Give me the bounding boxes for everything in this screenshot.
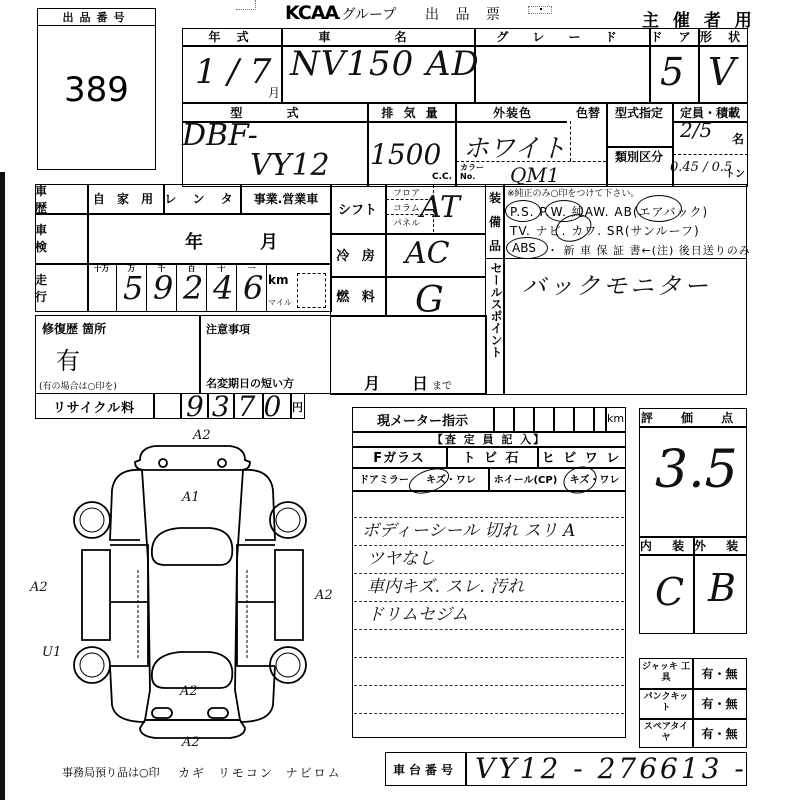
inspection-month-unit: 月 bbox=[260, 228, 278, 254]
damage-mark-trunk: A2 bbox=[180, 684, 198, 699]
exterior-color-value: ホワイト bbox=[463, 128, 566, 165]
year-label: 年 式 bbox=[182, 28, 281, 45]
capacity-persons-unit: 名 bbox=[732, 130, 744, 147]
repair-label: 修復歴 箇所 bbox=[42, 320, 106, 337]
color-change-label: 色替 bbox=[570, 103, 606, 121]
exterior-label: 外 装 bbox=[693, 536, 747, 554]
recycle-unit: 円 bbox=[292, 399, 303, 415]
scan-edge bbox=[0, 172, 5, 800]
category-label: 類別区分 bbox=[606, 147, 672, 165]
sales-point-value: バックモニター bbox=[522, 266, 711, 301]
lot-number: 389 bbox=[38, 70, 155, 110]
name-change-until: まで bbox=[432, 377, 452, 392]
mileage-digit-header: 十万 bbox=[87, 263, 116, 274]
fglass-label[interactable]: Fガラス bbox=[352, 446, 446, 467]
shift-label: シフト bbox=[330, 184, 385, 233]
notes-label: 注意事項 bbox=[206, 321, 250, 337]
equipment-note: ※純正のみ○印をつけて下さい。 bbox=[507, 186, 639, 199]
damage-mark-rear-bumper: A2 bbox=[182, 735, 200, 750]
month-suffix: 月 bbox=[268, 84, 280, 101]
capacity-load-unit: トン bbox=[725, 165, 745, 180]
mileage-digit-cell[interactable]: 十万 bbox=[87, 263, 117, 312]
mileage-digit-value: 6 bbox=[243, 269, 263, 307]
meter-unit: km bbox=[607, 412, 624, 425]
wheel-label[interactable]: ホイール(CP) bbox=[488, 467, 563, 490]
meter-label: 現メーター指示 bbox=[352, 407, 493, 431]
mileage-digit-cell[interactable]: 十4 bbox=[207, 263, 237, 312]
mileage-digit-cell[interactable]: 万5 bbox=[117, 263, 147, 312]
name-change-label: 名変期日の短い方 bbox=[206, 375, 294, 391]
name-change-month: 月 bbox=[364, 371, 380, 394]
history-option-commercial[interactable]: 事業.営業車 bbox=[240, 184, 332, 213]
history-label: 車 歴 bbox=[35, 184, 87, 213]
chassis-value: VY12 - 276613 - bbox=[475, 752, 747, 785]
interior-label: 内 装 bbox=[639, 536, 693, 554]
shift-value: AT bbox=[420, 190, 460, 225]
accessory-label: スペアタイヤ bbox=[640, 718, 692, 748]
capacity-load: 0.45 / 0.5 bbox=[670, 160, 732, 175]
mileage-unit-mile: マイル bbox=[268, 297, 292, 308]
damage-mark-left-side: A2 bbox=[30, 580, 48, 595]
grade-label: 評 価 点 bbox=[639, 408, 747, 426]
damage-mark-hood: A1 bbox=[182, 490, 200, 505]
circle-ab bbox=[636, 195, 682, 222]
model-value-1: DBF- bbox=[182, 118, 258, 153]
doors-value: 5 bbox=[660, 50, 684, 94]
lot-label: 出品番号 bbox=[38, 9, 155, 26]
brand-suffix: .グループ bbox=[337, 4, 396, 24]
mileage-label: 走 行 bbox=[35, 263, 87, 312]
model-value-2: VY12 bbox=[250, 148, 330, 183]
accessory-value[interactable]: 有・無 bbox=[692, 688, 747, 718]
mileage-unit-box[interactable] bbox=[297, 273, 326, 308]
circle-abs bbox=[506, 237, 548, 259]
diagram-items[interactable]: カギ リモコン ナビロム bbox=[178, 764, 342, 781]
equipment-line-2: TV. ナビ. カワ. SR(サンルーフ) bbox=[510, 222, 700, 239]
mileage-digit-value: 2 bbox=[183, 269, 203, 307]
crack-label[interactable]: ヒ ビ ワ レ bbox=[537, 446, 626, 467]
displacement-unit: C.C. bbox=[432, 172, 452, 182]
name-change-day: 日 bbox=[412, 371, 428, 394]
history-option-private[interactable]: 自 家 用 bbox=[87, 184, 163, 213]
chassis-label: 車台番号 bbox=[385, 752, 465, 786]
repair-value: 有 bbox=[56, 341, 80, 376]
equipment-label: 装備品 bbox=[487, 186, 503, 258]
capacity-persons: 2/5 bbox=[680, 118, 712, 142]
sales-point-label: セールスポイント bbox=[487, 262, 503, 358]
accessory-label: ジャッキ 工具 bbox=[640, 658, 692, 688]
brand-logo: KCAA bbox=[285, 2, 338, 24]
car-name-label: 車 名 bbox=[281, 28, 474, 45]
inspector-remark: 車内キズ. スレ. 汚れ bbox=[367, 572, 524, 597]
type-designation-label: 型式指定 bbox=[606, 103, 672, 121]
grade-label: グ レ ー ド bbox=[474, 28, 649, 45]
mileage-unit-km: km bbox=[268, 273, 288, 287]
shape-value: V bbox=[708, 50, 735, 94]
car-name-value: NV150 AD bbox=[290, 44, 480, 84]
year-value: 1 / 7 bbox=[195, 52, 271, 92]
accessory-value[interactable]: 有・無 bbox=[692, 658, 747, 688]
accessory-label: パンクキット bbox=[640, 688, 692, 718]
remark-line bbox=[354, 685, 624, 686]
repair-note: (有の場合は○印を) bbox=[39, 379, 117, 392]
color-no-label: カラー No. bbox=[460, 163, 486, 181]
form-title: 出 品 票 bbox=[425, 4, 506, 24]
inspector-remark: ツヤなし bbox=[367, 544, 435, 569]
accessory-value[interactable]: 有・無 bbox=[692, 718, 747, 748]
ac-label: 冷 房 bbox=[330, 233, 385, 276]
stamp-box-2 bbox=[528, 6, 552, 14]
circle-ps bbox=[505, 200, 541, 222]
displacement-value: 1500 bbox=[370, 138, 441, 171]
history-option-rental[interactable]: レ ン タ bbox=[163, 184, 240, 213]
mileage-digit-value: 5 bbox=[123, 269, 143, 307]
mileage-digit-cell[interactable]: 千9 bbox=[147, 263, 177, 312]
mileage-digit-cell[interactable]: 百2 bbox=[177, 263, 207, 312]
displacement-label: 排 気 量 bbox=[367, 103, 455, 121]
door-mirror-label[interactable]: ドアミラー bbox=[354, 467, 414, 490]
chip-label[interactable]: ト ビ 石 bbox=[446, 446, 537, 467]
mileage-digit-cell[interactable]: 一6 bbox=[237, 263, 267, 312]
equipment-line-3: ・ 新 車 保 証 書←(注) 後日送りのみ bbox=[547, 242, 751, 258]
inspection-year-unit: 年 bbox=[185, 228, 203, 254]
damage-mark-front-bumper: A2 bbox=[193, 428, 211, 443]
exterior-value: B bbox=[708, 566, 736, 610]
mileage-digit-value: 4 bbox=[213, 269, 233, 307]
damage-mark-right-side: A2 bbox=[315, 588, 333, 603]
shift-option-column[interactable]: コラム bbox=[393, 201, 420, 214]
shift-option-floor[interactable]: フロア bbox=[393, 186, 420, 199]
shape-label: 形 状 bbox=[698, 28, 748, 45]
inspector-title: 【査 定 員 記 入】 bbox=[352, 431, 626, 446]
grade-value: 3.5 bbox=[655, 440, 738, 500]
diagram-footer: 事務局預り品は○印 bbox=[62, 764, 160, 780]
inspector-remark: ドリムセジム bbox=[367, 600, 468, 625]
recycle-label: リサイクル料 bbox=[35, 393, 153, 419]
shift-option-panel[interactable]: パネル bbox=[393, 216, 420, 229]
fuel-label: 燃 料 bbox=[330, 276, 385, 315]
car-diagram[interactable] bbox=[60, 430, 320, 750]
exterior-color-label: 外装色 bbox=[455, 103, 570, 121]
remark-line bbox=[354, 657, 624, 658]
doors-label: ド ア bbox=[649, 28, 698, 45]
grade-value bbox=[476, 47, 647, 101]
remark-line bbox=[354, 629, 624, 630]
interior-value: C bbox=[655, 570, 684, 614]
ac-value: AC bbox=[405, 236, 450, 271]
stamp-box bbox=[236, 0, 256, 10]
lot-box: 出品番号 389 bbox=[37, 8, 156, 170]
mileage-digit-value: 9 bbox=[153, 269, 173, 307]
remark-line bbox=[354, 713, 624, 714]
damage-mark-left-rear: U1 bbox=[42, 645, 61, 660]
inspection-label: 車 検 bbox=[35, 213, 87, 263]
recycle-value: 9370 bbox=[186, 390, 289, 423]
inspector-remark: ボディーシール 切れ スリ A bbox=[362, 516, 575, 541]
